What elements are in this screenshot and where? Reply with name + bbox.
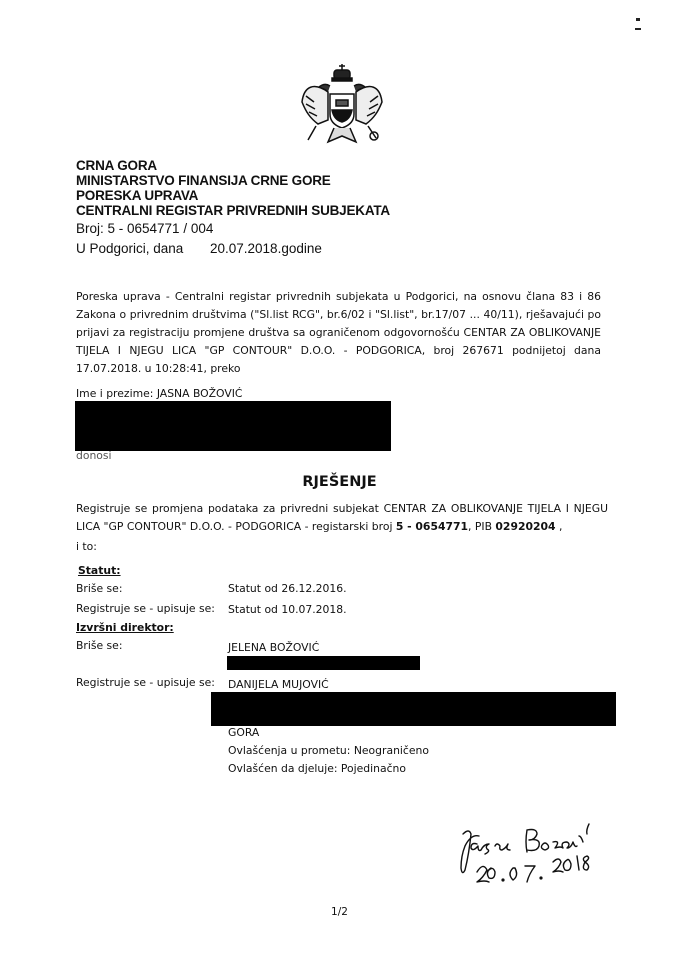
statut-register-value: Statut od 10.07.2018. [228, 601, 347, 619]
place-label: U Podgorici, dana [76, 240, 183, 257]
corner-mark [636, 18, 640, 21]
director-register-label: Registruje se - upisuje se: [76, 674, 215, 692]
director-authority: Ovlašćenja u prometu: Neograničeno [228, 742, 429, 760]
corner-mark [635, 28, 641, 30]
pib-number: 02920204 [495, 520, 555, 533]
header-institution: CRNA GORA MINISTARSTVO FINANSIJA CRNE GO… [76, 158, 390, 218]
director-address-tail: GORA [228, 724, 259, 742]
handwritten-signature [455, 810, 655, 890]
header-ministry: MINISTARSTVO FINANSIJA CRNE GORE [76, 173, 390, 188]
director-heading: Izvršni direktor: [76, 619, 174, 637]
header-registry: CENTRALNI REGISTAR PRIVREDNIH SUBJEKATA [76, 203, 390, 218]
applicant-name: JASNA BOŽOVIĆ [157, 387, 243, 400]
redaction-block [75, 401, 391, 451]
header-country: CRNA GORA [76, 158, 390, 173]
header-tax-administration: PORESKA UPRAVA [76, 188, 390, 203]
coat-of-arms-icon [300, 62, 384, 152]
page-number: 1/2 [0, 906, 679, 918]
statut-heading: Statut: [78, 562, 121, 580]
statut-delete-value: Statut od 26.12.2016. [228, 580, 347, 598]
statut-delete-label: Briše se: [76, 580, 122, 598]
i-to-text: i to: [76, 538, 97, 556]
director-delete-label: Briše se: [76, 637, 122, 655]
applicant-label: Ime i prezime: [76, 387, 153, 400]
document-date: 20.07.2018.godine [210, 240, 322, 257]
director-delete-value: JELENA BOŽOVIĆ [228, 639, 319, 657]
statut-register-label: Registruje se - upisuje se: [76, 600, 215, 618]
redaction-block [211, 692, 616, 726]
decision-paragraph: Registruje se promjena podataka za privr… [76, 500, 608, 536]
registration-number: 5 - 0654771 [396, 520, 468, 533]
redaction-block [227, 656, 420, 670]
director-acts: Ovlašćen da djeluje: Pojedinačno [228, 760, 406, 778]
intro-paragraph: Poreska uprava - Centralni registar priv… [76, 288, 601, 378]
document-number: Broj: 5 - 0654771 / 004 [76, 220, 213, 237]
decision-title: RJEŠENJE [0, 474, 679, 490]
